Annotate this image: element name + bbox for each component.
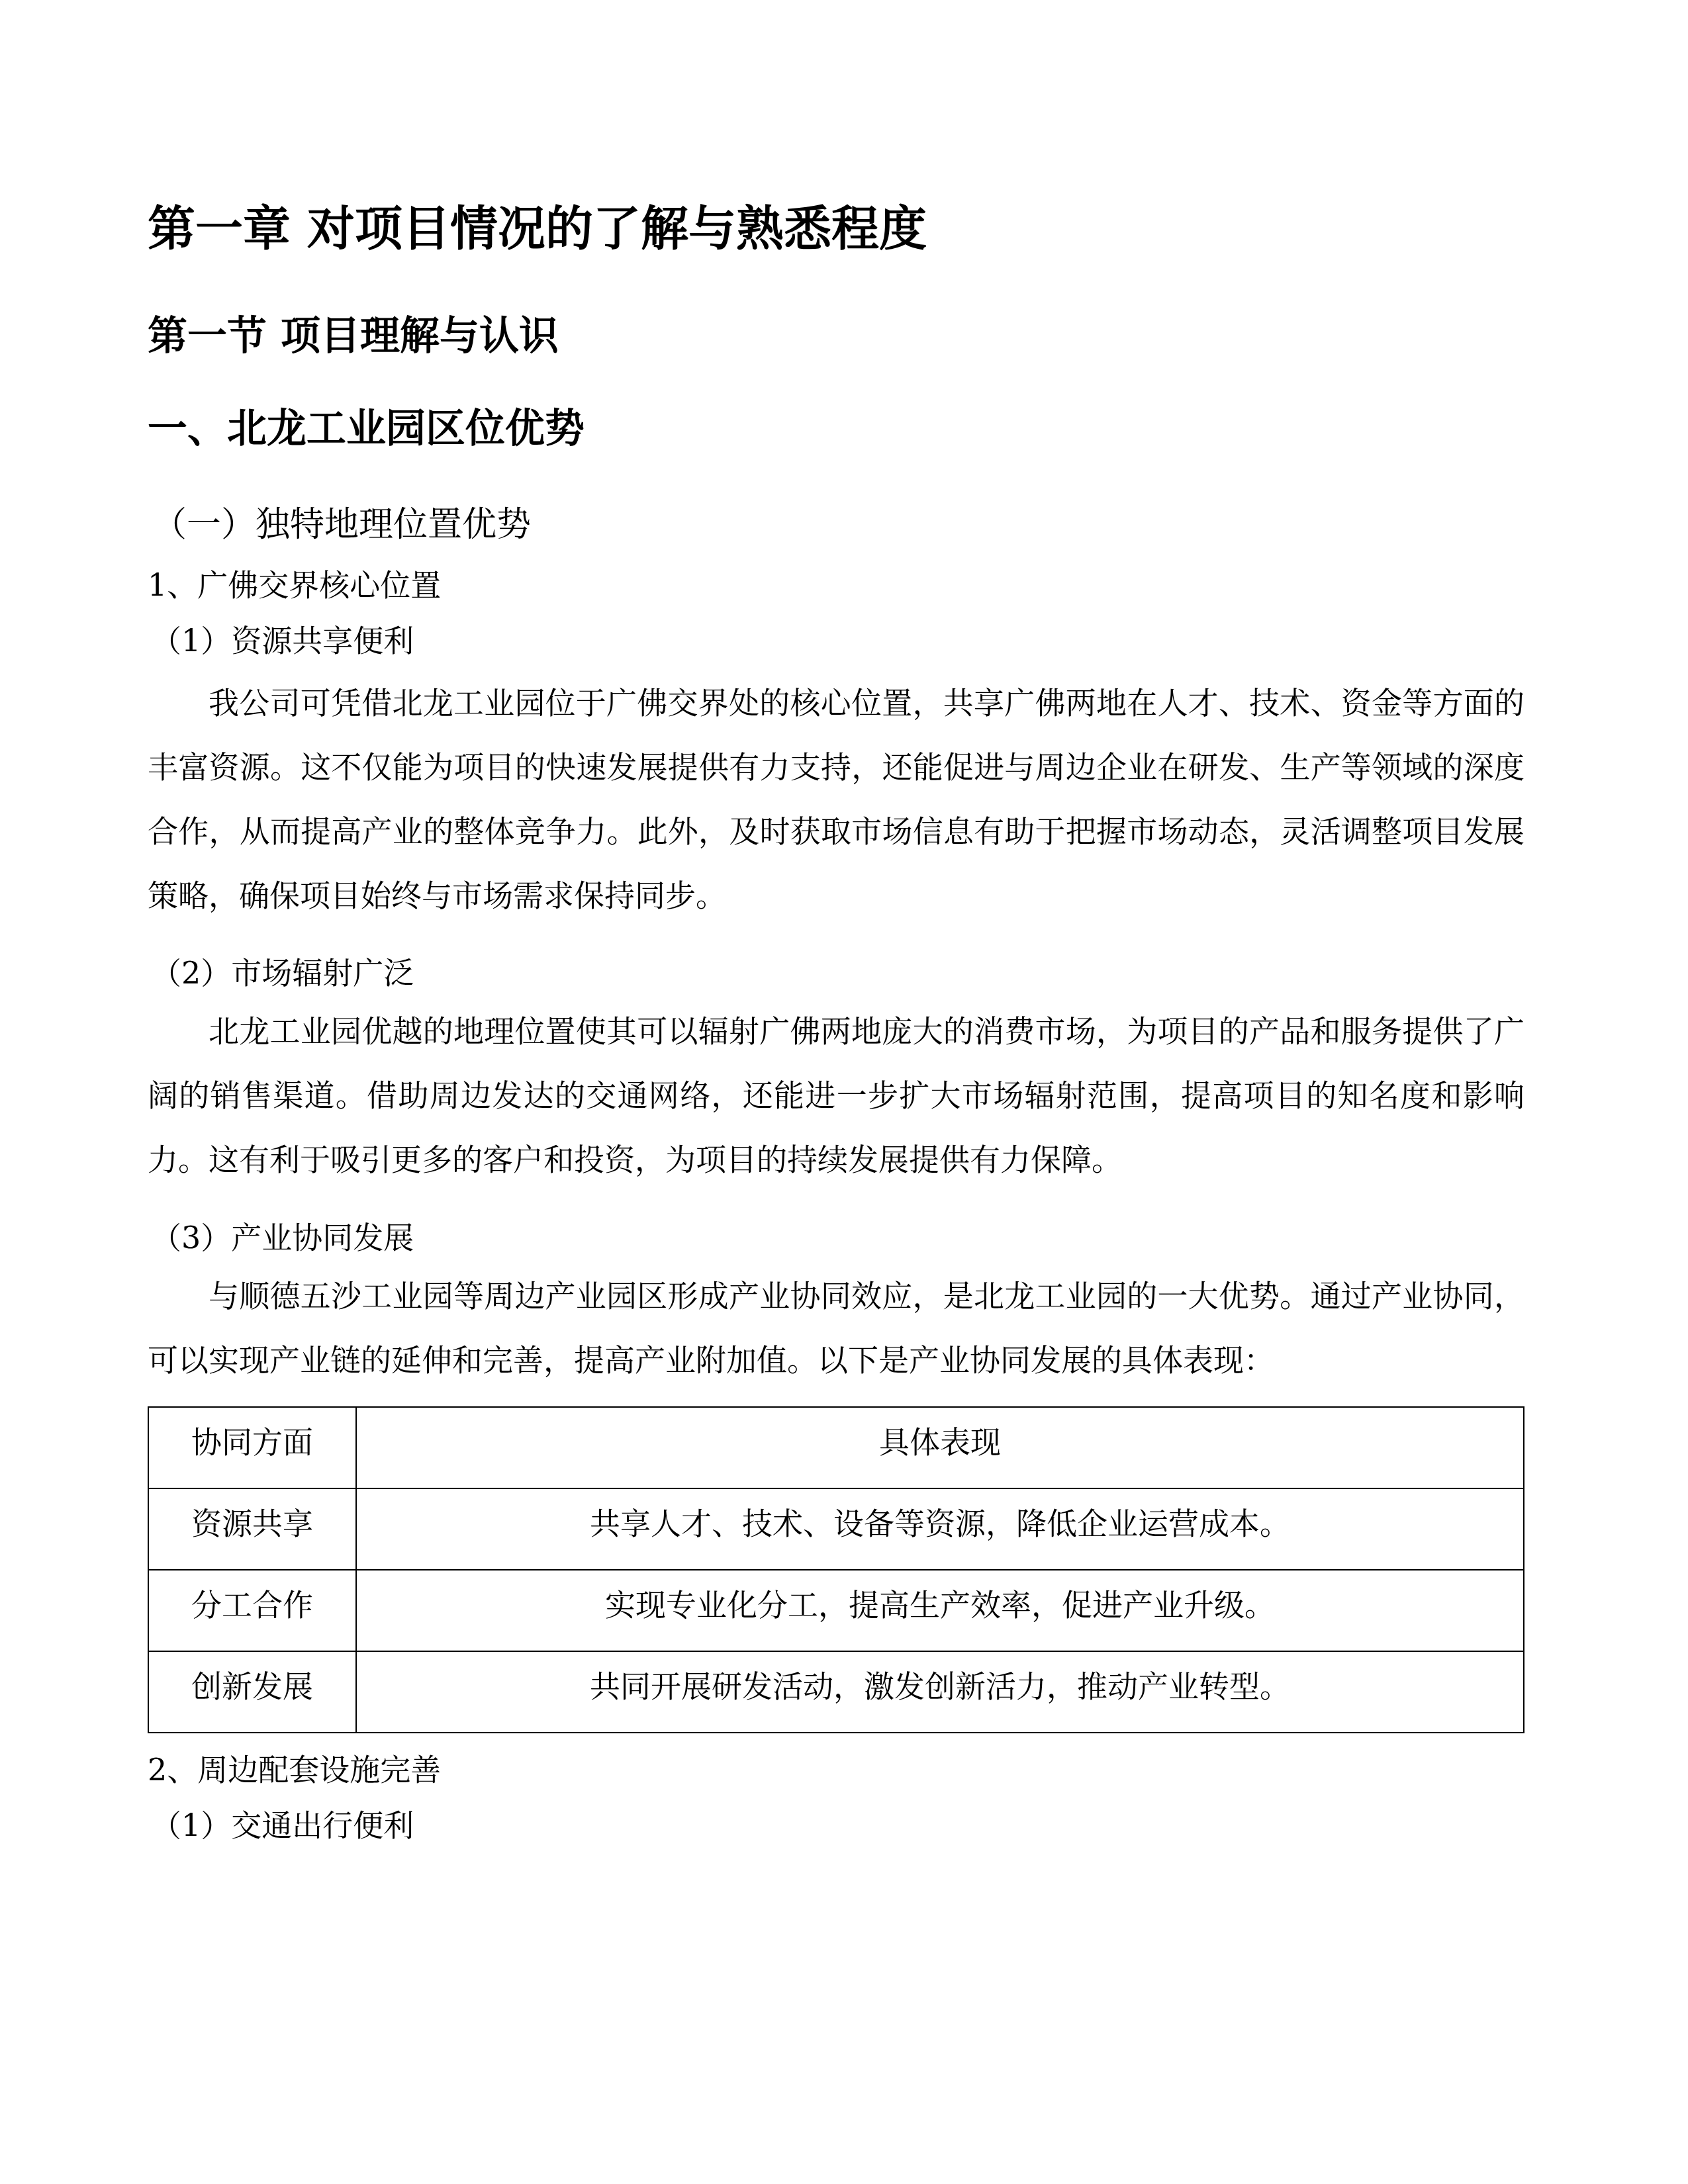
paragraph-resource-sharing: 我公司可凭借北龙工业园位于广佛交界处的核心位置，共享广佛两地在人才、技术、资金等…	[148, 671, 1524, 928]
heading-level-1: 一、北龙工业园区位优势	[148, 402, 585, 455]
synergy-table: 协同方面 具体表现 资源共享 共享人才、技术、设备等资源，降低企业运营成本。 分…	[148, 1406, 1524, 1733]
table-cell: 分工合作	[148, 1570, 356, 1651]
chapter-title: 第一章 对项目情况的了解与熟悉程度	[148, 199, 927, 258]
table-cell: 创新发展	[148, 1651, 356, 1733]
table-header-cell: 协同方面	[148, 1407, 356, 1488]
table-cell: 共享人才、技术、设备等资源，降低企业运营成本。	[356, 1488, 1524, 1570]
section-title: 第一节 项目理解与认识	[148, 310, 559, 363]
table-cell: 实现专业化分工，提高生产效率，促进产业升级。	[356, 1570, 1524, 1651]
subheading-industrial-synergy: （3）产业协同发展	[151, 1218, 414, 1257]
table-cell: 共同开展研发活动，激发创新活力，推动产业转型。	[356, 1651, 1524, 1733]
subheading-transport: （1）交通出行便利	[151, 1805, 414, 1845]
table-cell: 资源共享	[148, 1488, 356, 1570]
subheading-resource-sharing: （1）资源共享便利	[151, 621, 414, 660]
table-header-cell: 具体表现	[356, 1407, 1524, 1488]
table-row: 资源共享 共享人才、技术、设备等资源，降低企业运营成本。	[148, 1488, 1524, 1570]
heading-item-2: 2、周边配套设施完善	[148, 1750, 441, 1790]
heading-item-1: 1、广佛交界核心位置	[148, 565, 441, 605]
heading-level-2: （一）独特地理位置优势	[152, 502, 531, 548]
table-row: 创新发展 共同开展研发活动，激发创新活力，推动产业转型。	[148, 1651, 1524, 1733]
table-header-row: 协同方面 具体表现	[148, 1407, 1524, 1488]
paragraph-industrial-synergy: 与顺德五沙工业园等周边产业园区形成产业协同效应，是北龙工业园的一大优势。通过产业…	[148, 1264, 1524, 1392]
subheading-market-radiation: （2）市场辐射广泛	[151, 953, 414, 993]
paragraph-market-radiation: 北龙工业园优越的地理位置使其可以辐射广佛两地庞大的消费市场，为项目的产品和服务提…	[148, 999, 1524, 1192]
table-row: 分工合作 实现专业化分工，提高生产效率，促进产业升级。	[148, 1570, 1524, 1651]
